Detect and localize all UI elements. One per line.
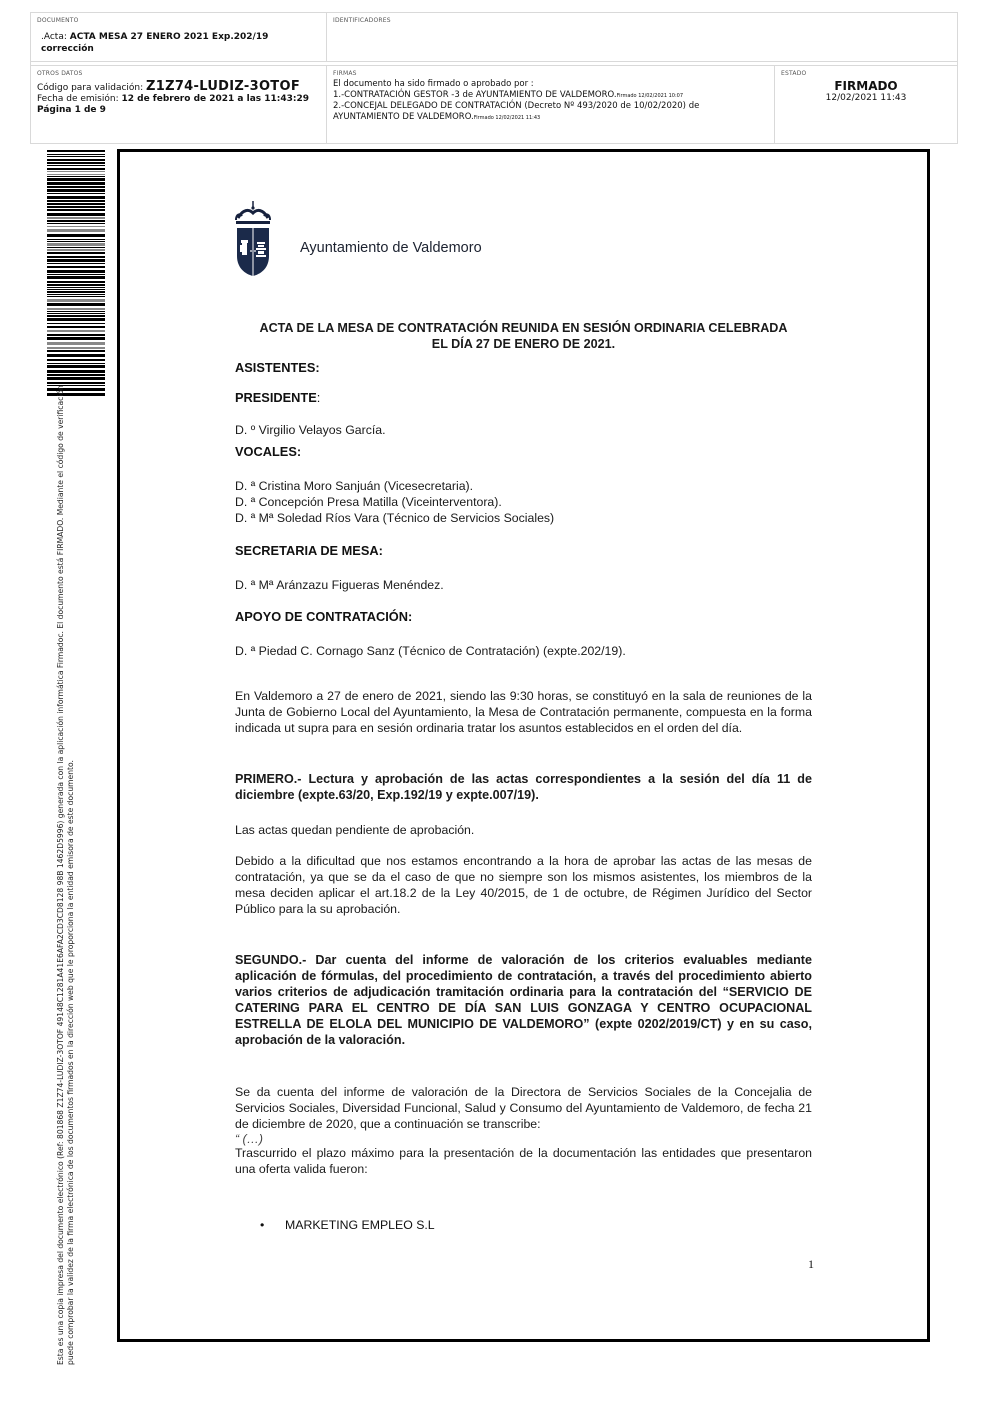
issue-date: Fecha de emisión: 12 de febrero de 2021 … <box>37 94 320 105</box>
documento-caption: DOCUMENTO <box>37 16 320 25</box>
page-number: 1 <box>808 1257 814 1272</box>
asistentes-heading: ASISTENTES: <box>235 360 320 375</box>
secretaria-heading: SECRETARIA DE MESA: <box>235 543 383 558</box>
presidente-heading: PRESIDENTE: <box>235 390 320 405</box>
segundo-item: SEGUNDO.- Dar cuenta del informe de valo… <box>235 952 812 1048</box>
firmas-cell: FIRMAS El documento ha sido firmado o ap… <box>327 66 775 143</box>
identificadores-caption: IDENTIFICADORES <box>333 16 951 25</box>
signature-2: 2.-CONCEJAL DELEGADO DE CONTRATACIÓN (De… <box>333 101 768 123</box>
vocal-item: D. ª Concepción Presa Matilla (Viceinter… <box>235 494 502 510</box>
documento-cell: DOCUMENTO .Acta: ACTA MESA 27 ENERO 2021… <box>31 13 327 61</box>
actas-pendientes: Las actas quedan pendiente de aprobación… <box>235 822 474 838</box>
page-frame: Ayuntamiento de Valdemoro ACTA DE LA MES… <box>117 149 930 1342</box>
debido-paragraph: Debido a la dificultad que nos estamos e… <box>235 853 812 917</box>
presidente-name: D. º Virgilio Velayos García. <box>235 422 386 438</box>
firmas-caption: FIRMAS <box>333 69 768 78</box>
status-badge: FIRMADO <box>781 79 951 93</box>
trascurrido-paragraph: Trascurrido el plazo máximo para la pres… <box>235 1145 812 1177</box>
primero-item: PRIMERO.- Lectura y aprobación de las ac… <box>235 771 812 803</box>
apoyo-heading: APOYO DE CONTRATACIÓN: <box>235 609 412 624</box>
bullet-icon: • <box>260 1218 264 1232</box>
validation-code-value: Z1Z74-LUDIZ-3OTOF <box>146 79 300 94</box>
page-count: Página 1 de 9 <box>37 105 320 116</box>
vocal-item: D. ª Cristina Moro Sanjuán (Vicesecretar… <box>235 478 473 494</box>
status-date: 12/02/2021 11:43 <box>781 93 951 104</box>
identificadores-cell: IDENTIFICADORES <box>327 13 957 61</box>
vocales-heading: VOCALES: <box>235 444 301 459</box>
coat-of-arms-icon <box>235 200 271 280</box>
organization-name: Ayuntamiento de Valdemoro <box>300 240 482 256</box>
intro-paragraph: En Valdemoro a 27 de enero de 2021, sien… <box>235 688 812 736</box>
validation-code: Código para validación: Z1Z74-LUDIZ-3OTO… <box>37 81 320 94</box>
otros-datos-caption: OTROS DATOS <box>37 69 320 78</box>
signature-1: 1.-CONTRATACIÓN GESTOR -3 de AYUNTAMIENT… <box>333 90 768 102</box>
informe-paragraph: Se da cuenta del informe de valoración d… <box>235 1084 812 1132</box>
document-metadata-table: DOCUMENTO .Acta: ACTA MESA 27 ENERO 2021… <box>30 12 958 144</box>
document-title: .Acta: ACTA MESA 27 ENERO 2021 Exp.202/1… <box>37 31 320 55</box>
apoyo-name: D. ª Piedad C. Cornago Sanz (Técnico de … <box>235 643 626 659</box>
otros-datos-cell: OTROS DATOS Código para validación: Z1Z7… <box>31 66 327 143</box>
barcode-icon <box>47 150 105 395</box>
document-heading: ACTA DE LA MESA DE CONTRATACIÓN REUNIDA … <box>235 320 812 352</box>
secretaria-name: D. ª Mª Aránzazu Figueras Menéndez. <box>235 577 444 593</box>
entity-item: MARKETING EMPLEO S.L <box>285 1218 435 1232</box>
estado-caption: ESTADO <box>781 69 951 78</box>
signatures-list: El documento ha sido firmado o aprobado … <box>333 79 768 123</box>
side-legend: Esta es una copia impresa del documento … <box>56 390 75 1365</box>
vocal-item: D. ª Mª Soledad Ríos Vara (Técnico de Se… <box>235 510 554 526</box>
estado-cell: ESTADO FIRMADO 12/02/2021 11:43 <box>775 66 957 143</box>
